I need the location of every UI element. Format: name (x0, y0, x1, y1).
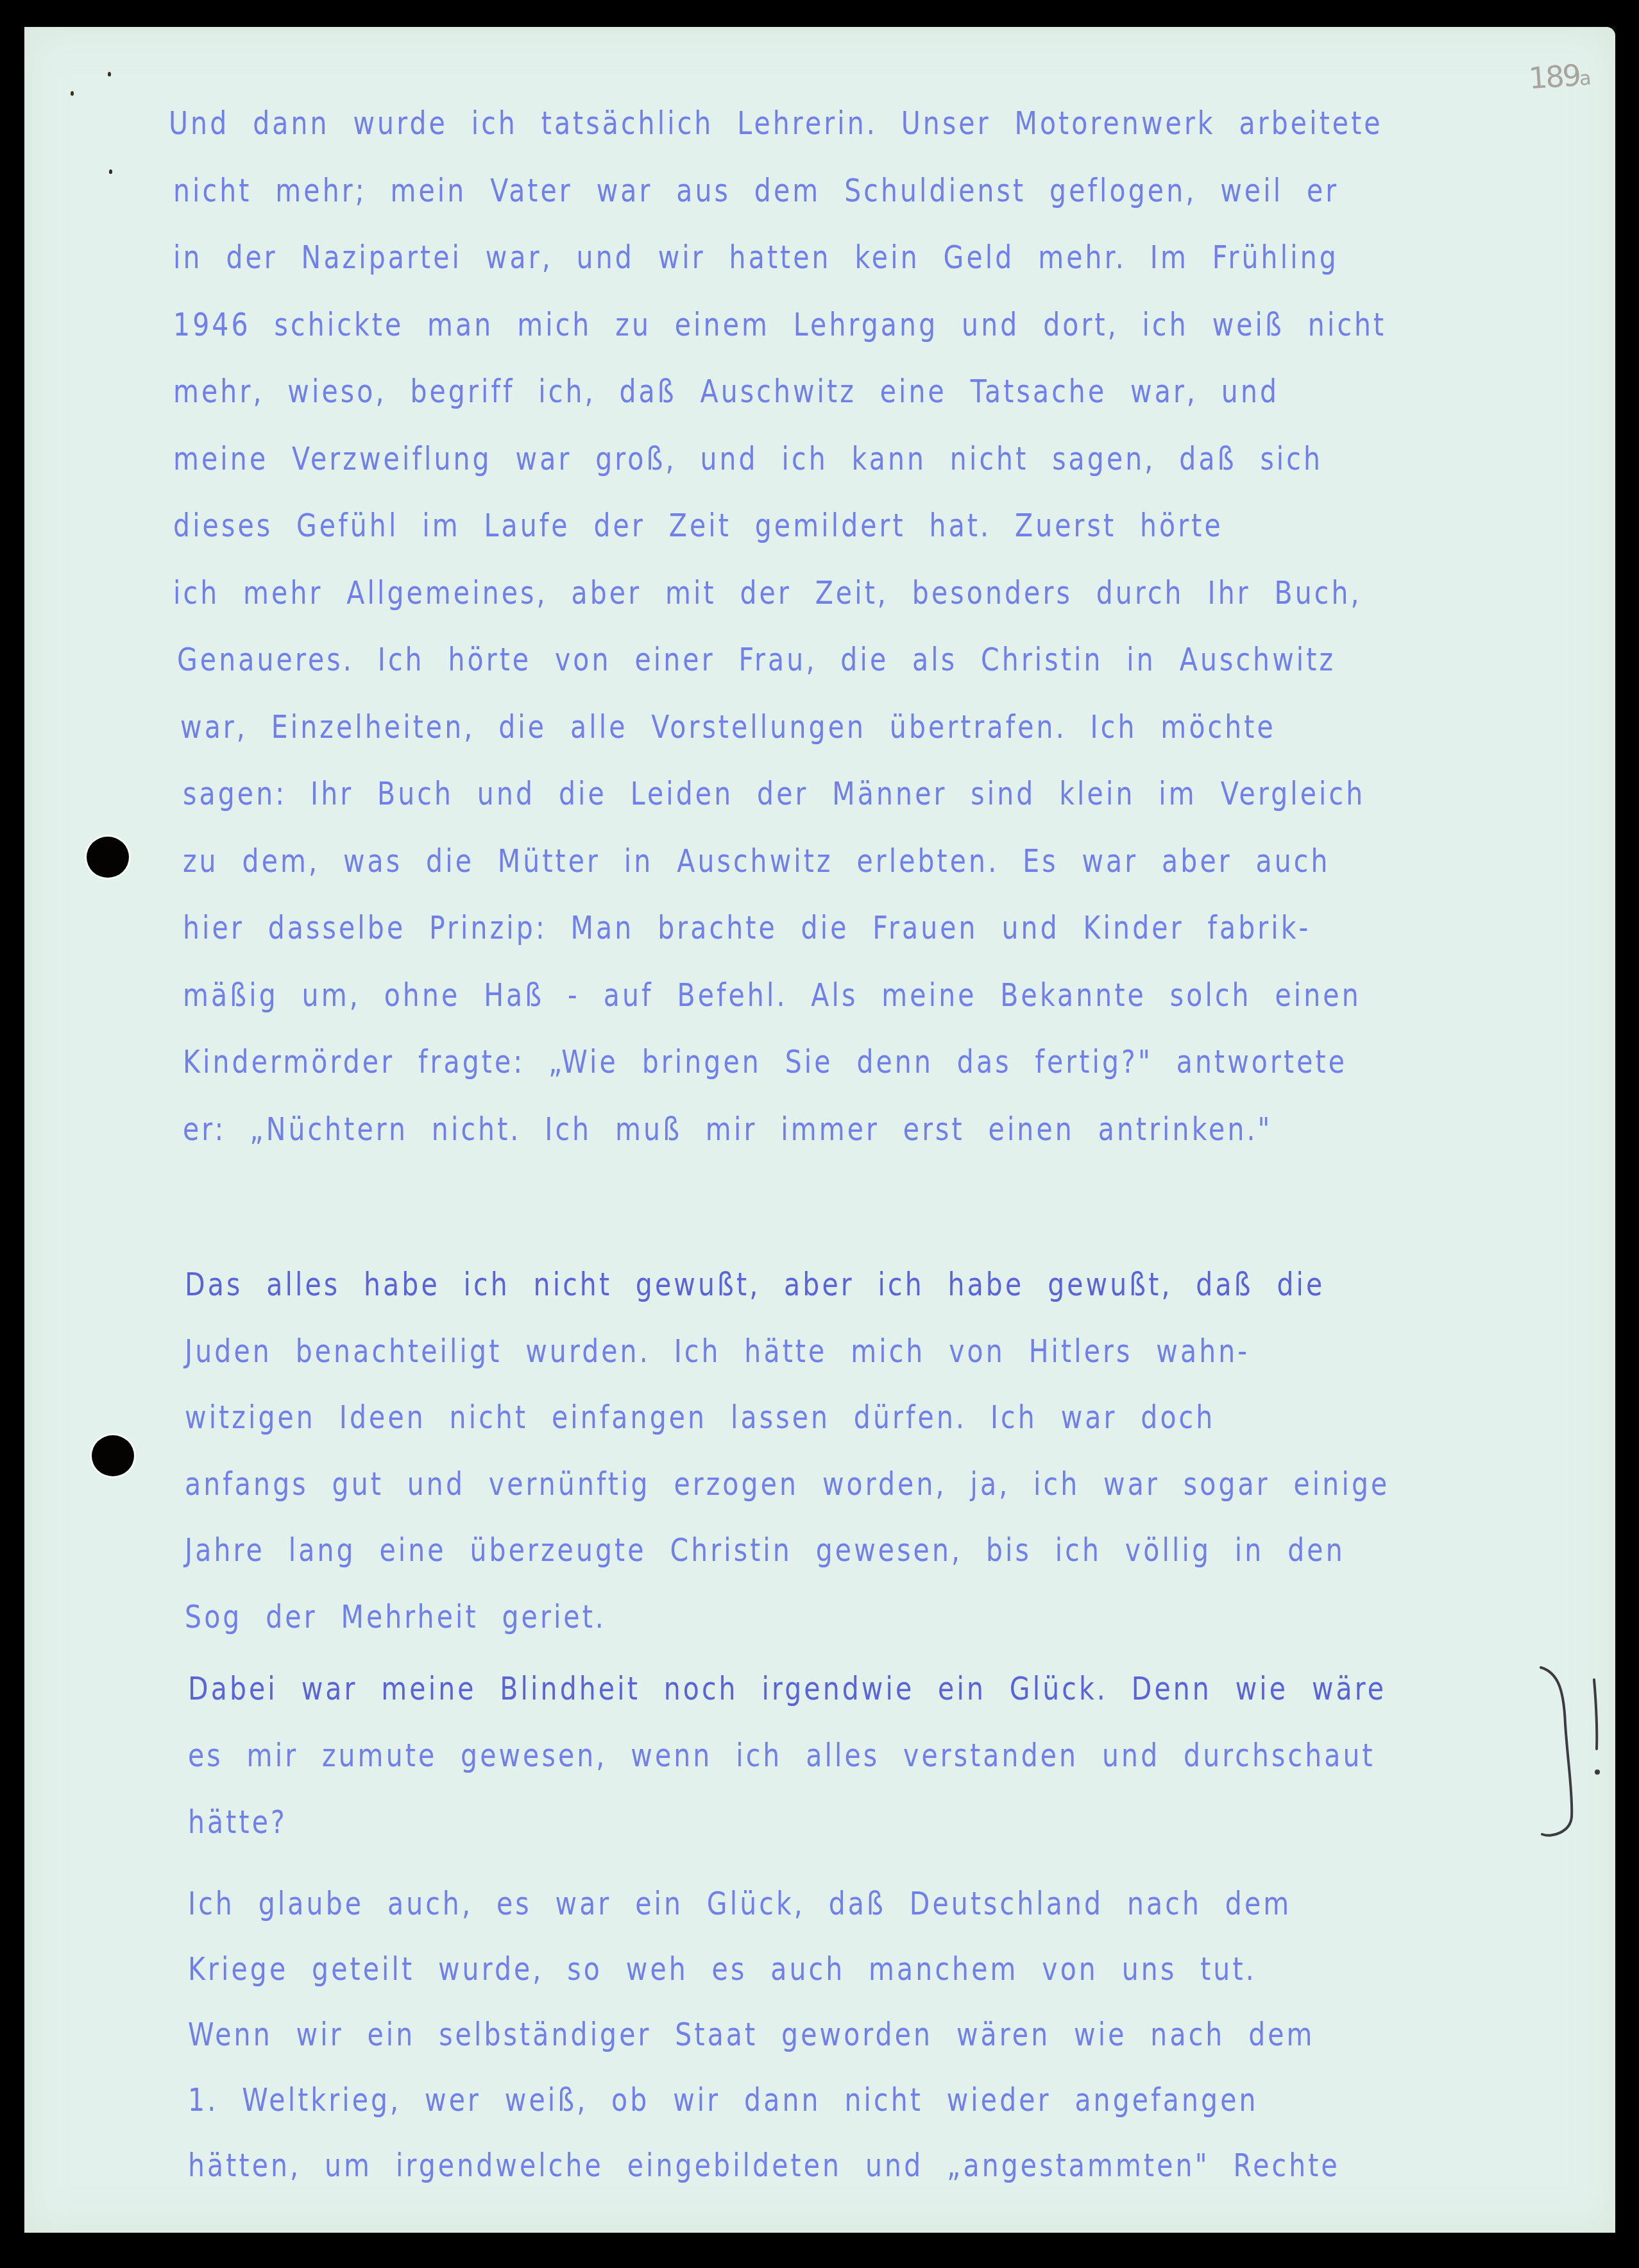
handwritten-line: Kindermörder fragte: „Wie bringen Sie de… (183, 1046, 1347, 1078)
handwritten-line: zu dem, was die Mütter in Auschwitz erle… (183, 845, 1330, 877)
handwritten-line: Kriege geteilt wurde, so weh es auch man… (188, 1953, 1257, 1985)
handwritten-letter-body: Und dann wurde ich tatsächlich Lehrerin.… (24, 27, 1615, 2233)
handwritten-line: hätte? (188, 1806, 287, 1838)
handwritten-line: Das alles habe ich nicht gewußt, aber ic… (185, 1268, 1325, 1300)
handwritten-line: ich mehr Allgemeines, aber mit der Zeit,… (173, 577, 1362, 609)
handwritten-line: mehr, wieso, begriff ich, daß Auschwitz … (173, 375, 1279, 407)
handwritten-line: er: „Nüchtern nicht. Ich muß mir immer e… (183, 1113, 1273, 1145)
handwritten-line: hätten, um irgendwelche eingebildeten un… (188, 2149, 1340, 2181)
handwritten-line: nicht mehr; mein Vater war aus dem Schul… (173, 175, 1339, 207)
handwritten-line: witzigen Ideen nicht einfangen lassen dü… (185, 1401, 1215, 1433)
handwritten-line: 1. Weltkrieg, wer weiß, ob wir dann nich… (188, 2084, 1259, 2116)
handwritten-line: Und dann wurde ich tatsächlich Lehrerin.… (169, 107, 1383, 139)
handwritten-line: dieses Gefühl im Laufe der Zeit gemilder… (173, 509, 1223, 541)
handwritten-line: Dabei war meine Blindheit noch irgendwie… (188, 1673, 1386, 1705)
handwritten-line: Ich glaube auch, es war ein Glück, daß D… (188, 1888, 1291, 1920)
handwritten-line: sagen: Ihr Buch und die Leiden der Männe… (183, 778, 1365, 810)
handwritten-line: Jahre lang eine überzeugte Christin gewe… (185, 1534, 1345, 1566)
handwritten-line: meine Verzweiflung war groß, und ich kan… (173, 443, 1323, 475)
handwritten-line: hier dasselbe Prinzip: Man brachte die F… (183, 912, 1311, 944)
handwritten-line: anfangs gut und vernünftig erzogen worde… (185, 1468, 1389, 1500)
document-page: 189a Und dann wurde ich tatsächlich Lehr… (24, 27, 1615, 2233)
handwritten-line: Juden benachteiligt wurden. Ich hätte mi… (185, 1335, 1250, 1367)
handwritten-line: in der Nazipartei war, und wir hatten ke… (173, 241, 1339, 273)
margin-bracket-icon (1540, 1666, 1578, 1839)
handwritten-line: war, Einzelheiten, die alle Vorstellunge… (180, 711, 1276, 743)
handwritten-line: mäßig um, ohne Haß - auf Befehl. Als mei… (183, 979, 1361, 1011)
handwritten-line: Wenn wir ein selbständiger Staat geworde… (188, 2018, 1315, 2051)
margin-exclamation-icon (1592, 1677, 1601, 1780)
handwritten-line: 1946 schickte man mich zu einem Lehrgang… (173, 309, 1386, 341)
handwritten-line: es mir zumute gewesen, wenn ich alles ve… (188, 1739, 1375, 1771)
handwritten-line: Sog der Mehrheit geriet. (185, 1601, 606, 1633)
handwritten-line: Genaueres. Ich hörte von einer Frau, die… (177, 644, 1336, 676)
